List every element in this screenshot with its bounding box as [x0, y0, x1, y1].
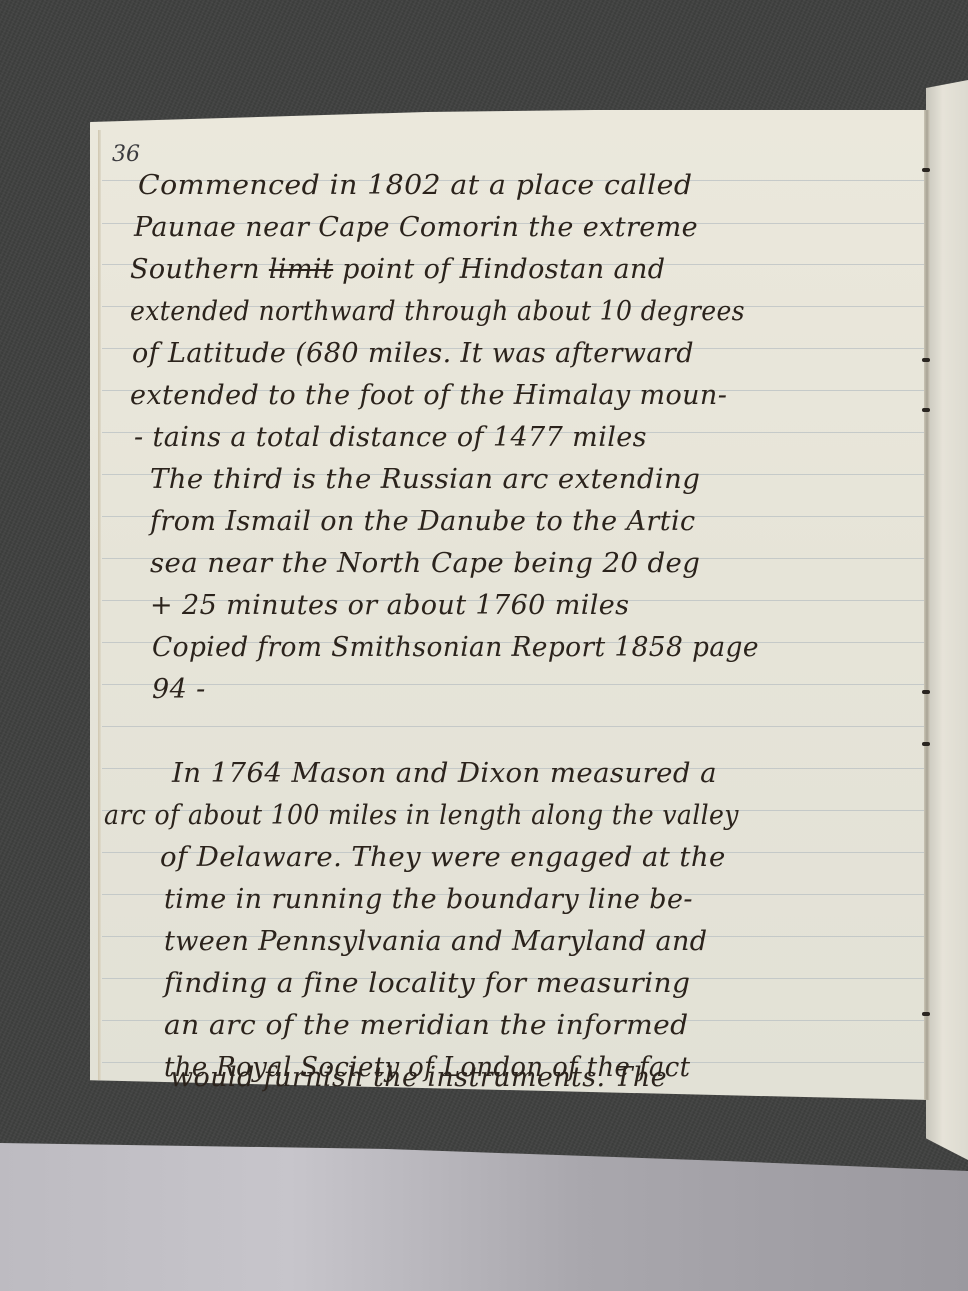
notebook-page: 36 Commenced in 1802 at a place called P…: [90, 110, 930, 1100]
rule-line: [102, 684, 930, 685]
text-line: Copied from Smithsonian Report 1858 page: [152, 632, 759, 663]
text-line: extended to the foot of the Himalay moun…: [130, 380, 727, 411]
text-line: time in running the boundary line be-: [164, 884, 693, 915]
stitch-mark: [922, 690, 930, 694]
text-line: Paunae near Cape Comorin the extreme: [134, 212, 698, 243]
struck-word: limit: [269, 254, 333, 285]
stitch-mark: [922, 1012, 930, 1016]
text-line: Southern limit point of Hindostan and: [130, 254, 665, 285]
text-line: extended northward through about 10 degr…: [130, 296, 745, 327]
page-edge-left: [98, 130, 101, 1080]
text-line: The third is the Russian arc extending: [150, 464, 700, 495]
text-segment: point of Hindostan and: [333, 254, 665, 285]
text-line: Commenced in 1802 at a place called: [138, 170, 692, 201]
stitch-mark: [922, 742, 930, 746]
text-line: finding a fine locality for measuring: [164, 968, 690, 999]
rule-line: [102, 726, 930, 727]
stitch-mark: [922, 408, 930, 412]
facing-page-edge: [926, 80, 968, 1160]
text-line: would furnish the instruments. The: [170, 1062, 667, 1093]
text-line: sea near the North Cape being 20 deg: [150, 548, 700, 579]
text-line: In 1764 Mason and Dixon measured a: [172, 758, 717, 789]
text-line: + 25 minutes or about 1760 miles: [150, 590, 629, 621]
text-line: arc of about 100 miles in length along t…: [104, 800, 739, 831]
text-segment: Southern: [130, 254, 269, 285]
text-line: an arc of the meridian the informed: [164, 1010, 689, 1041]
text-line: of Delaware. They were engaged at the: [160, 842, 726, 873]
text-line: - tains a total distance of 1477 miles: [134, 422, 647, 453]
page-number: 36: [112, 142, 140, 167]
text-line: of Latitude (680 miles. It was afterward: [132, 338, 694, 369]
stitch-mark: [922, 168, 930, 172]
text-line: 94 -: [152, 674, 206, 705]
text-line: tween Pennsylvania and Maryland and: [164, 926, 707, 957]
stitch-mark: [922, 358, 930, 362]
text-line: from Ismail on the Danube to the Artic: [150, 506, 696, 537]
binding-gutter: [924, 110, 930, 1100]
